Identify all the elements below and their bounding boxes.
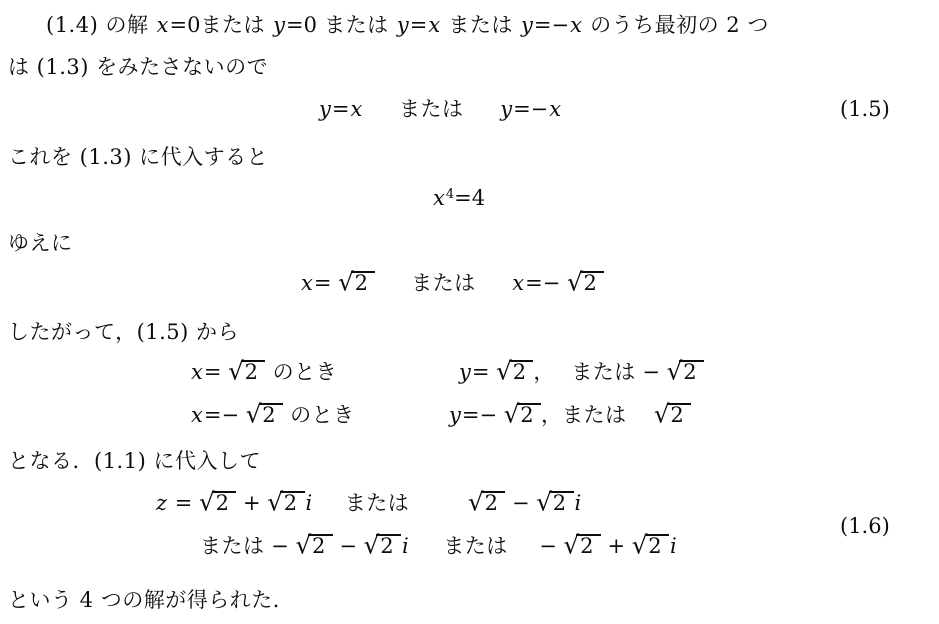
text: または <box>411 271 476 295</box>
math-operator: + <box>601 534 632 558</box>
square-root: √2 <box>504 400 541 430</box>
ref-1-3: は (1.3) をみたさないので <box>8 55 268 79</box>
math-variable: x <box>511 271 525 295</box>
text: または <box>443 534 508 558</box>
math-operator: + <box>236 491 267 515</box>
math-variable: i <box>305 491 314 515</box>
square-root: √2 <box>199 488 236 518</box>
math-operator: − <box>636 360 667 384</box>
text: または <box>562 403 627 427</box>
equation-x-sqrt2: x= √2またはx=− √2 <box>300 268 604 298</box>
math-operator: = <box>204 360 228 384</box>
square-root: √2 <box>536 488 573 518</box>
text: のうち最初の 2 つ <box>583 13 769 37</box>
math-operator: = <box>314 271 338 295</box>
equation-z-line-1: z = √2 + √2iまたは√2 − √2i <box>155 488 582 518</box>
equation-x4: x4=4 <box>432 180 485 213</box>
math-variable: y <box>448 403 462 427</box>
square-root: √2 <box>468 488 505 518</box>
radical-sign-icon: √ <box>632 533 648 558</box>
ref-1-4: (1.4) の解 <box>46 13 156 37</box>
math-operator: =0 <box>286 13 317 37</box>
math-operator: =− <box>525 271 567 295</box>
radicand: 2 <box>667 403 691 426</box>
radicand: 2 <box>517 403 541 426</box>
math-operator: − <box>539 534 563 558</box>
math-variable: y <box>272 13 286 37</box>
math-variable: y <box>520 13 534 37</box>
radicand: 2 <box>351 271 375 294</box>
radicand: 2 <box>580 271 604 294</box>
radical-sign-icon: √ <box>199 490 215 515</box>
case-row-2-left: x=− √2 のとき <box>190 400 355 430</box>
math-variable: y <box>396 13 410 37</box>
square-root: √2 <box>654 400 691 430</box>
text: これを (1.3) に代入すると <box>8 145 268 169</box>
case-row-1-left: x= √2 のとき <box>190 357 337 387</box>
math-operator: =− <box>204 403 246 427</box>
radical-sign-icon: √ <box>267 490 283 515</box>
math-variable: x <box>427 13 441 37</box>
paragraph-line-7: という 4 つの解が得られた． <box>8 585 294 615</box>
radical-sign-icon: √ <box>364 533 380 558</box>
math-operator: = <box>472 360 496 384</box>
text: のとき <box>265 360 337 384</box>
paragraph-line-4: ゆえに <box>8 228 73 258</box>
math-variable: y <box>499 97 513 121</box>
math-operator: ， <box>541 403 562 427</box>
square-root: √2 <box>567 268 604 298</box>
radicand: 2 <box>308 534 332 557</box>
math-variable: x <box>190 403 204 427</box>
math-variable: x <box>432 186 446 210</box>
paragraph-line-5: したがって，(1.5) から <box>8 317 239 347</box>
square-root: √2 <box>338 268 375 298</box>
math-exponent: 4 <box>446 187 454 202</box>
square-root: √2 <box>667 357 704 387</box>
square-root: √2 <box>295 531 332 561</box>
equation-tag-1-5: (1.5) <box>840 94 890 124</box>
math-variable: x <box>349 97 363 121</box>
equation-tag-1-6: (1.6) <box>840 511 890 541</box>
equation-z-line-2: または − √2 − √2iまたは− √2 + √2i <box>200 531 678 561</box>
equation-1-5: y=xまたはy=−x <box>318 94 562 124</box>
math-variable: x <box>569 13 583 37</box>
square-root: √2 <box>364 531 401 561</box>
math-variable: x <box>548 97 562 121</box>
square-root: √2 <box>632 531 669 561</box>
text: ゆえに <box>8 231 73 255</box>
radicand: 2 <box>241 360 265 383</box>
paragraph-line-6: となる．(1.1) に代入して <box>8 446 261 476</box>
math-operator: ， <box>533 360 554 384</box>
radical-sign-icon: √ <box>228 359 244 384</box>
math-operator: = <box>410 13 428 37</box>
case-row-2-right: y=− √2，または√2 <box>448 400 691 430</box>
radical-sign-icon: √ <box>564 533 580 558</box>
radical-sign-icon: √ <box>295 533 311 558</box>
math-operator: =− <box>534 13 569 37</box>
text: または <box>345 491 410 515</box>
radicand: 2 <box>509 360 533 383</box>
radical-sign-icon: √ <box>246 402 262 427</box>
math-operator: =− <box>513 97 548 121</box>
math-operator: = <box>168 491 199 515</box>
radicand: 2 <box>481 491 505 514</box>
radicand: 2 <box>549 491 573 514</box>
radicand: 2 <box>376 534 400 557</box>
square-root: √2 <box>246 400 283 430</box>
radicand: 2 <box>679 360 703 383</box>
math-variable: z <box>155 491 168 515</box>
text: または <box>441 13 520 37</box>
radical-sign-icon: √ <box>654 402 670 427</box>
square-root: √2 <box>267 488 304 518</box>
text: または <box>571 360 636 384</box>
ref-1-1: となる．(1.1) に代入して <box>8 449 261 473</box>
text: または <box>200 534 265 558</box>
math-operator: =0 <box>169 13 200 37</box>
radical-sign-icon: √ <box>567 270 583 295</box>
math-variable: x <box>156 13 170 37</box>
text: という 4 つの解が得られた． <box>8 588 294 612</box>
case-row-1-right: y= √2，または − √2 <box>458 357 704 387</box>
radical-sign-icon: √ <box>338 270 354 295</box>
math-variable: y <box>458 360 472 384</box>
radical-sign-icon: √ <box>536 490 552 515</box>
math-variable: x <box>300 271 314 295</box>
math-operator: =4 <box>454 186 485 210</box>
math-operator: =− <box>462 403 504 427</box>
math-variable: x <box>190 360 204 384</box>
text: または <box>200 13 272 37</box>
paragraph-line-3: これを (1.3) に代入すると <box>8 142 268 172</box>
math-operator: = <box>332 97 350 121</box>
square-root: √2 <box>564 531 601 561</box>
radical-sign-icon: √ <box>667 359 683 384</box>
math-operator: − <box>505 491 536 515</box>
textbook-page: (1.4) の解 x=0または y=0 または y=x または y=−x のうち… <box>0 0 939 624</box>
paragraph-line-2: は (1.3) をみたさないので <box>8 52 268 82</box>
text: または <box>399 97 464 121</box>
radicand: 2 <box>212 491 236 514</box>
radical-sign-icon: √ <box>468 490 484 515</box>
paragraph-line-1: (1.4) の解 x=0または y=0 または y=x または y=−x のうち… <box>46 10 769 40</box>
radicand: 2 <box>645 534 669 557</box>
math-variable: i <box>401 534 410 558</box>
text: のとき <box>283 403 355 427</box>
math-variable: i <box>574 491 583 515</box>
square-root: √2 <box>228 357 265 387</box>
math-operator: − <box>265 534 296 558</box>
math-operator: − <box>333 534 364 558</box>
text: または <box>317 13 396 37</box>
text: したがって，(1.5) から <box>8 320 239 344</box>
radicand: 2 <box>259 403 283 426</box>
radicand: 2 <box>576 534 600 557</box>
radicand: 2 <box>280 491 304 514</box>
math-variable: y <box>318 97 332 121</box>
math-variable: i <box>669 534 678 558</box>
radical-sign-icon: √ <box>504 402 520 427</box>
radical-sign-icon: √ <box>496 359 512 384</box>
square-root: √2 <box>496 357 533 387</box>
